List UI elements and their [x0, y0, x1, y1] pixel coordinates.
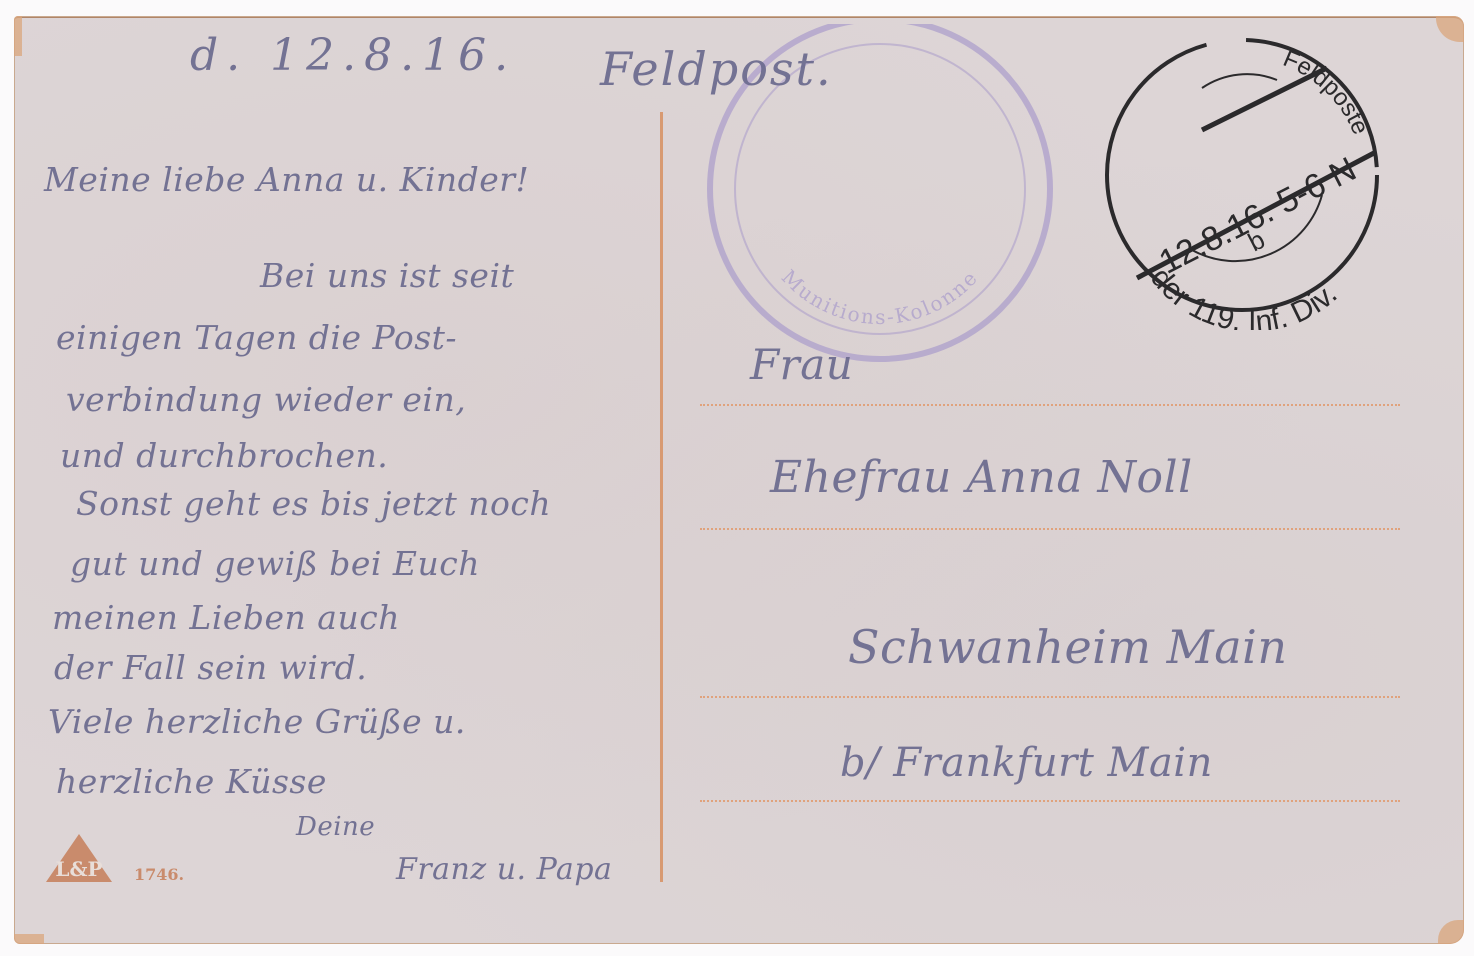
recipient-salutation: Frau — [750, 340, 853, 389]
message-line: Sonst geht es bis jetzt noch — [76, 484, 551, 523]
worn-corner — [14, 16, 22, 56]
svg-text:der 119. Inf. Div.: der 119. Inf. Div. — [1144, 262, 1344, 330]
message-line: einigen Tagen die Post- — [56, 318, 457, 357]
message-line: gut und gewiß bei Euch — [70, 544, 480, 583]
svg-text:12.8.16. 5-6 N: 12.8.16. 5-6 N — [1153, 150, 1362, 282]
svg-text:Munitions-Kolonne: Munitions-Kolonne — [777, 265, 983, 329]
message-line: Bei uns ist seit — [260, 256, 514, 295]
address-line — [700, 528, 1400, 530]
written-date: d. 12.8.16. — [190, 30, 516, 81]
message-address-divider — [660, 112, 663, 882]
address-line — [700, 404, 1400, 406]
svg-text:L&P: L&P — [55, 857, 102, 881]
worn-corner — [1438, 920, 1464, 944]
publisher-logo-icon: L&P — [44, 832, 114, 884]
postmark: Feldpostexp. 12.8.16. 5-6 N b der 119. I… — [1082, 20, 1392, 330]
message-line: Deine — [296, 812, 375, 842]
message-line: der Fall sein wird. — [54, 648, 367, 687]
recipient-name: Ehefrau Anna Noll — [770, 452, 1193, 503]
message-line: herzliche Küsse — [56, 762, 327, 801]
message-line: verbindung wieder ein, — [66, 380, 466, 419]
message-line: Meine liebe Anna u. Kinder! — [44, 160, 529, 199]
message-line: meinen Lieben auch — [52, 598, 400, 637]
feldpost-label: Feldpost. — [600, 42, 833, 96]
recipient-region: b/ Frankfurt Main — [840, 740, 1213, 786]
worn-corner — [14, 934, 44, 944]
message-line: Viele herzliche Grüße u. — [48, 702, 466, 741]
signature: Franz u. Papa — [396, 852, 612, 887]
worn-corner — [1436, 16, 1464, 42]
svg-text:Feldpostexp.: Feldpostexp. — [1082, 20, 1374, 139]
catalog-number: 1746. — [134, 865, 184, 884]
address-line — [700, 696, 1400, 698]
message-line: und durchbrochen. — [60, 436, 388, 475]
address-line — [700, 800, 1400, 802]
recipient-town: Schwanheim Main — [848, 620, 1288, 674]
